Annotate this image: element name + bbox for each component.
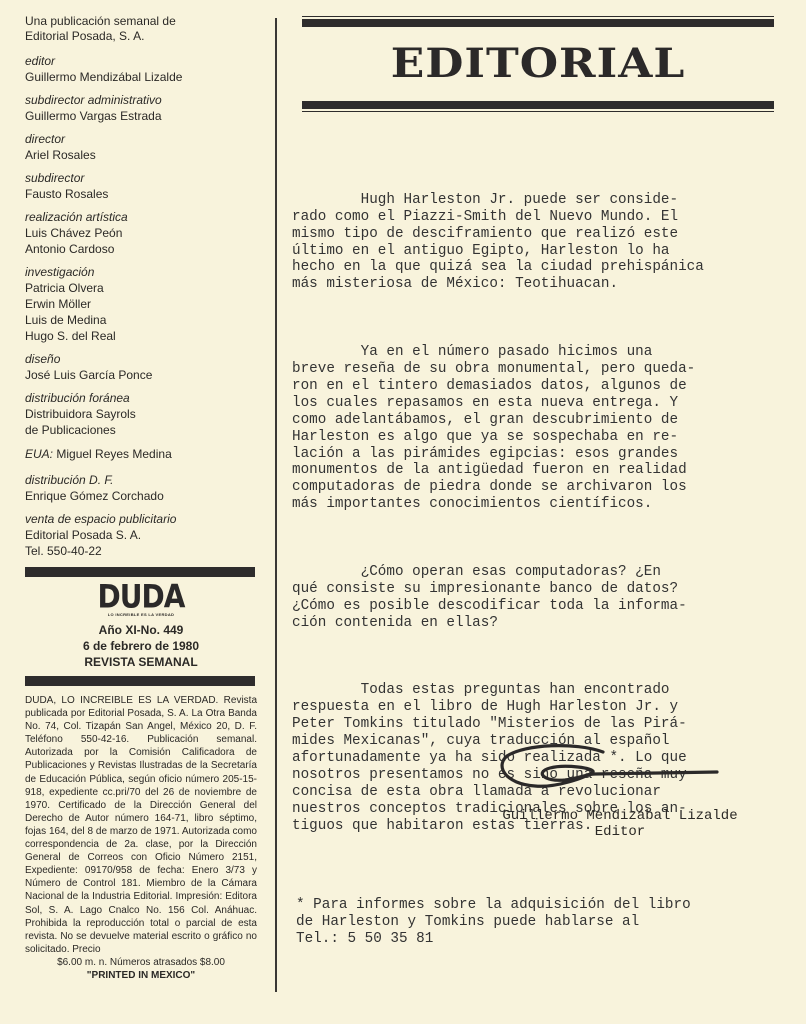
credit-role: investigación xyxy=(25,265,257,280)
printed-in: "PRINTED IN MEXICO" xyxy=(25,969,257,982)
publication-type: REVISTA SEMANAL xyxy=(25,654,257,670)
credit-name: Luis Chávez Peón xyxy=(25,225,257,241)
credit-name: Editorial Posada S. A. xyxy=(25,527,257,543)
masthead: DUDA LO INCREIBLE ES LA VERDAD Año XI-No… xyxy=(25,577,257,676)
signer-title: Editor xyxy=(470,824,770,840)
credit-role: venta de espacio publicitario xyxy=(25,512,257,527)
credit-name: Patricia Olvera xyxy=(25,280,257,296)
credit-role: subdirector administrativo xyxy=(25,93,257,108)
credit-block: directorAriel Rosales xyxy=(25,132,257,163)
rule-thick xyxy=(302,101,774,109)
credit-block: realización artísticaLuis Chávez PeónAnt… xyxy=(25,210,257,257)
credit-block: distribución D. F.Enrique Gómez Corchado xyxy=(25,473,257,504)
duda-logo: DUDA xyxy=(98,583,185,611)
credit-role: EUA: xyxy=(25,447,53,461)
credit-role: subdirector xyxy=(25,171,257,186)
paragraph: ¿Cómo operan esas computadoras? ¿En qué … xyxy=(292,564,772,632)
credit-block: distribución foráneaDistribuidora Sayrol… xyxy=(25,391,257,438)
credit-role: distribución D. F. xyxy=(25,473,257,488)
divider-bar xyxy=(25,567,255,577)
rule-thick xyxy=(302,19,774,27)
legal-text: DUDA, LO INCREIBLE ES LA VERDAD. Revista… xyxy=(25,694,257,956)
signature-block: Guillermo Mendizábal Lizalde Editor xyxy=(470,808,770,840)
credit-name: Erwin Möller xyxy=(25,296,257,312)
signature-icon xyxy=(495,742,725,797)
credit-name: Tel. 550-40-22 xyxy=(25,543,257,559)
rule-thin xyxy=(302,111,774,112)
intro-line: Una publicación semanal de xyxy=(25,14,257,29)
footnote: * Para informes sobre la adquisición del… xyxy=(296,897,691,948)
issue-date: 6 de febrero de 1980 xyxy=(25,638,257,654)
credit-eua: EUA: Miguel Reyes Medina xyxy=(25,446,257,462)
credit-block: editorGuillermo Mendizábal Lizalde xyxy=(25,54,257,85)
column-divider xyxy=(275,18,277,992)
credit-name: Distribuidora Sayrols xyxy=(25,406,257,422)
credit-name: Hugo S. del Real xyxy=(25,328,257,344)
paragraph: Hugh Harleston Jr. puede ser conside- ra… xyxy=(292,192,772,293)
credit-block: subdirector administrativoGuillermo Varg… xyxy=(25,93,257,124)
credit-name: José Luis García Ponce xyxy=(25,367,257,383)
paragraph: Ya en el número pasado hicimos una breve… xyxy=(292,344,772,513)
credits-list: editorGuillermo Mendizábal Lizaldesubdir… xyxy=(25,54,257,438)
credit-name: de Publicaciones xyxy=(25,422,257,438)
staff-box: Una publicación semanal de Editorial Pos… xyxy=(25,14,257,982)
credit-block: investigaciónPatricia OlveraErwin Möller… xyxy=(25,265,257,344)
credit-role: distribución foránea xyxy=(25,391,257,406)
credits-list-2: distribución D. F.Enrique Gómez Corchado… xyxy=(25,473,257,559)
credit-role: editor xyxy=(25,54,257,69)
credit-block: diseñoJosé Luis García Ponce xyxy=(25,352,257,383)
article-title: EDITORIAL xyxy=(302,30,774,98)
price-line: $6.00 m. n. Números atrasados $8.00 xyxy=(25,956,257,969)
credit-role: realización artística xyxy=(25,210,257,225)
credit-name: Luis de Medina xyxy=(25,312,257,328)
credit-block: venta de espacio publicitarioEditorial P… xyxy=(25,512,257,559)
publisher-intro: Una publicación semanal de Editorial Pos… xyxy=(25,14,257,44)
credit-block: subdirectorFausto Rosales xyxy=(25,171,257,202)
signer-name: Guillermo Mendizábal Lizalde xyxy=(470,808,770,824)
credit-name: Enrique Gómez Corchado xyxy=(25,488,257,504)
credit-name: Antonio Cardoso xyxy=(25,241,257,257)
legal-notice: DUDA, LO INCREIBLE ES LA VERDAD. Revista… xyxy=(25,694,257,982)
rule-thin xyxy=(302,16,774,17)
issue-number: Año XI-No. 449 xyxy=(25,622,257,638)
credit-name: Miguel Reyes Medina xyxy=(56,447,171,461)
intro-line: Editorial Posada, S. A. xyxy=(25,29,257,44)
credit-name: Guillermo Vargas Estrada xyxy=(25,108,257,124)
credit-name: Ariel Rosales xyxy=(25,147,257,163)
divider-bar xyxy=(25,676,255,686)
credit-name: Guillermo Mendizábal Lizalde xyxy=(25,69,257,85)
credit-name: Fausto Rosales xyxy=(25,186,257,202)
credit-role: diseño xyxy=(25,352,257,367)
credit-role: director xyxy=(25,132,257,147)
